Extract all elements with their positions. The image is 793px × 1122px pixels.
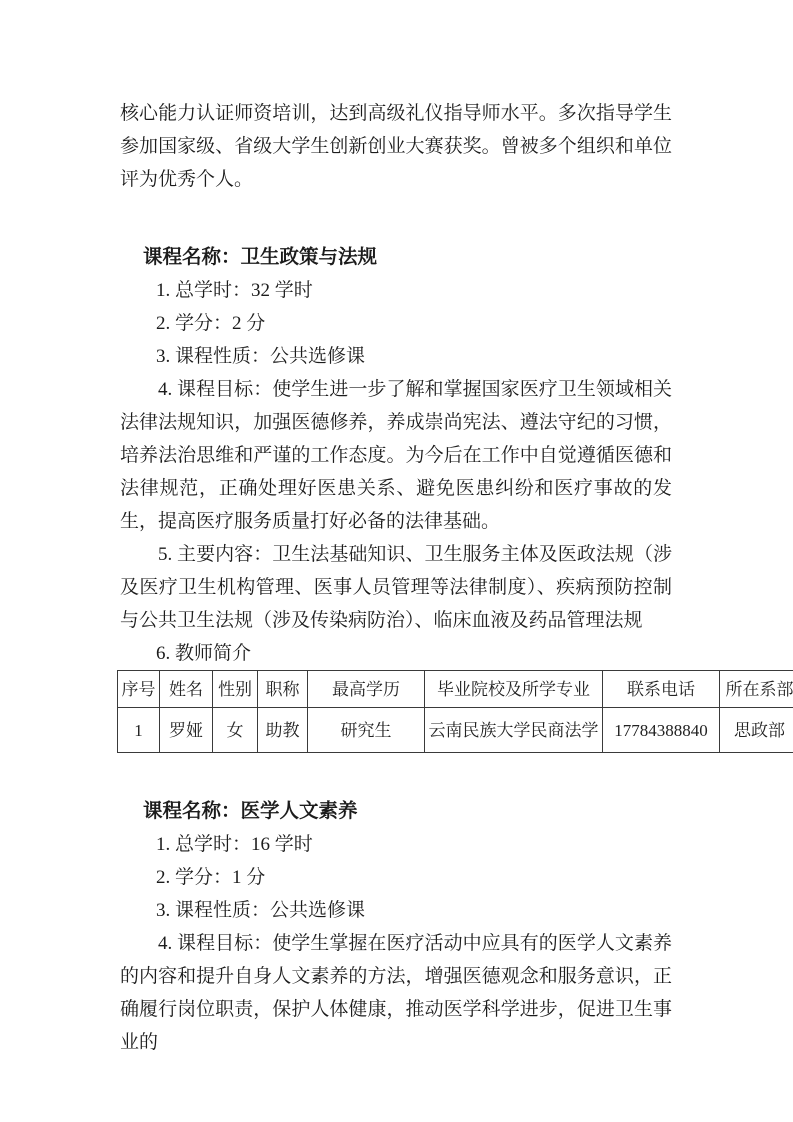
cell-name: 罗娅 (160, 708, 213, 753)
course-credits: 2. 学分：2 分 (120, 307, 672, 340)
document-page: 核心能力认证师资培训，达到高级礼仪指导师水平。多次指导学生参加国家级、省级大学生… (0, 0, 793, 1122)
table-header-title: 职称 (258, 671, 308, 708)
cell-phone: 17784388840 (603, 708, 720, 753)
course-credits: 2. 学分：1 分 (120, 861, 672, 894)
course-objective-paragraph: 4. 课程目标：使学生进一步了解和掌握国家医疗卫生领域相关法律法规知识，加强医德… (120, 373, 672, 538)
table-header-education: 最高学历 (308, 671, 425, 708)
table-header-school-major: 毕业院校及所学专业 (425, 671, 603, 708)
page-content: 核心能力认证师资培训，达到高级礼仪指导师水平。多次指导学生参加国家级、省级大学生… (0, 0, 793, 1059)
cell-index: 1 (118, 708, 160, 753)
course-total-hours: 1. 总学时：32 学时 (120, 274, 672, 307)
course-objective-paragraph: 4. 课程目标：使学生掌握在医疗活动中应具有的医学人文素养的内容和提升自身人文素… (120, 927, 672, 1059)
course-section-health-policy: 课程名称：卫生政策与法规 1. 总学时：32 学时 2. 学分：2 分 3. 课… (120, 241, 672, 753)
table-header-gender: 性别 (213, 671, 258, 708)
cell-school-major: 云南民族大学民商法学 (425, 708, 603, 753)
table-header-name: 姓名 (160, 671, 213, 708)
table-header-phone: 联系电话 (603, 671, 720, 708)
course-section-medical-humanities: 课程名称：医学人文素养 1. 总学时：16 学时 2. 学分：1 分 3. 课程… (120, 795, 672, 1059)
teacher-table-header-row: 序号 姓名 性别 职称 最高学历 毕业院校及所学专业 联系电话 所在系部 (118, 671, 793, 708)
teacher-table: 序号 姓名 性别 职称 最高学历 毕业院校及所学专业 联系电话 所在系部 1 罗… (117, 670, 793, 753)
course-main-content-paragraph: 5. 主要内容：卫生法基础知识、卫生服务主体及医政法规（涉及医疗卫生机构管理、医… (120, 538, 672, 637)
course-nature: 3. 课程性质：公共选修课 (120, 340, 672, 373)
cell-title: 助教 (258, 708, 308, 753)
cell-education: 研究生 (308, 708, 425, 753)
course-title: 课程名称：卫生政策与法规 (143, 241, 672, 274)
table-header-department: 所在系部 (720, 671, 793, 708)
course-nature: 3. 课程性质：公共选修课 (120, 894, 672, 927)
cell-gender: 女 (213, 708, 258, 753)
course-title: 课程名称：医学人文素养 (143, 795, 672, 828)
course-total-hours: 1. 总学时：16 学时 (120, 828, 672, 861)
cell-department: 思政部 (720, 708, 793, 753)
teacher-table-row: 1 罗娅 女 助教 研究生 云南民族大学民商法学 17784388840 思政部 (118, 708, 793, 753)
table-header-index: 序号 (118, 671, 160, 708)
intro-paragraph: 核心能力认证师资培训，达到高级礼仪指导师水平。多次指导学生参加国家级、省级大学生… (120, 97, 672, 196)
teacher-intro-label: 6. 教师简介 (120, 637, 672, 670)
